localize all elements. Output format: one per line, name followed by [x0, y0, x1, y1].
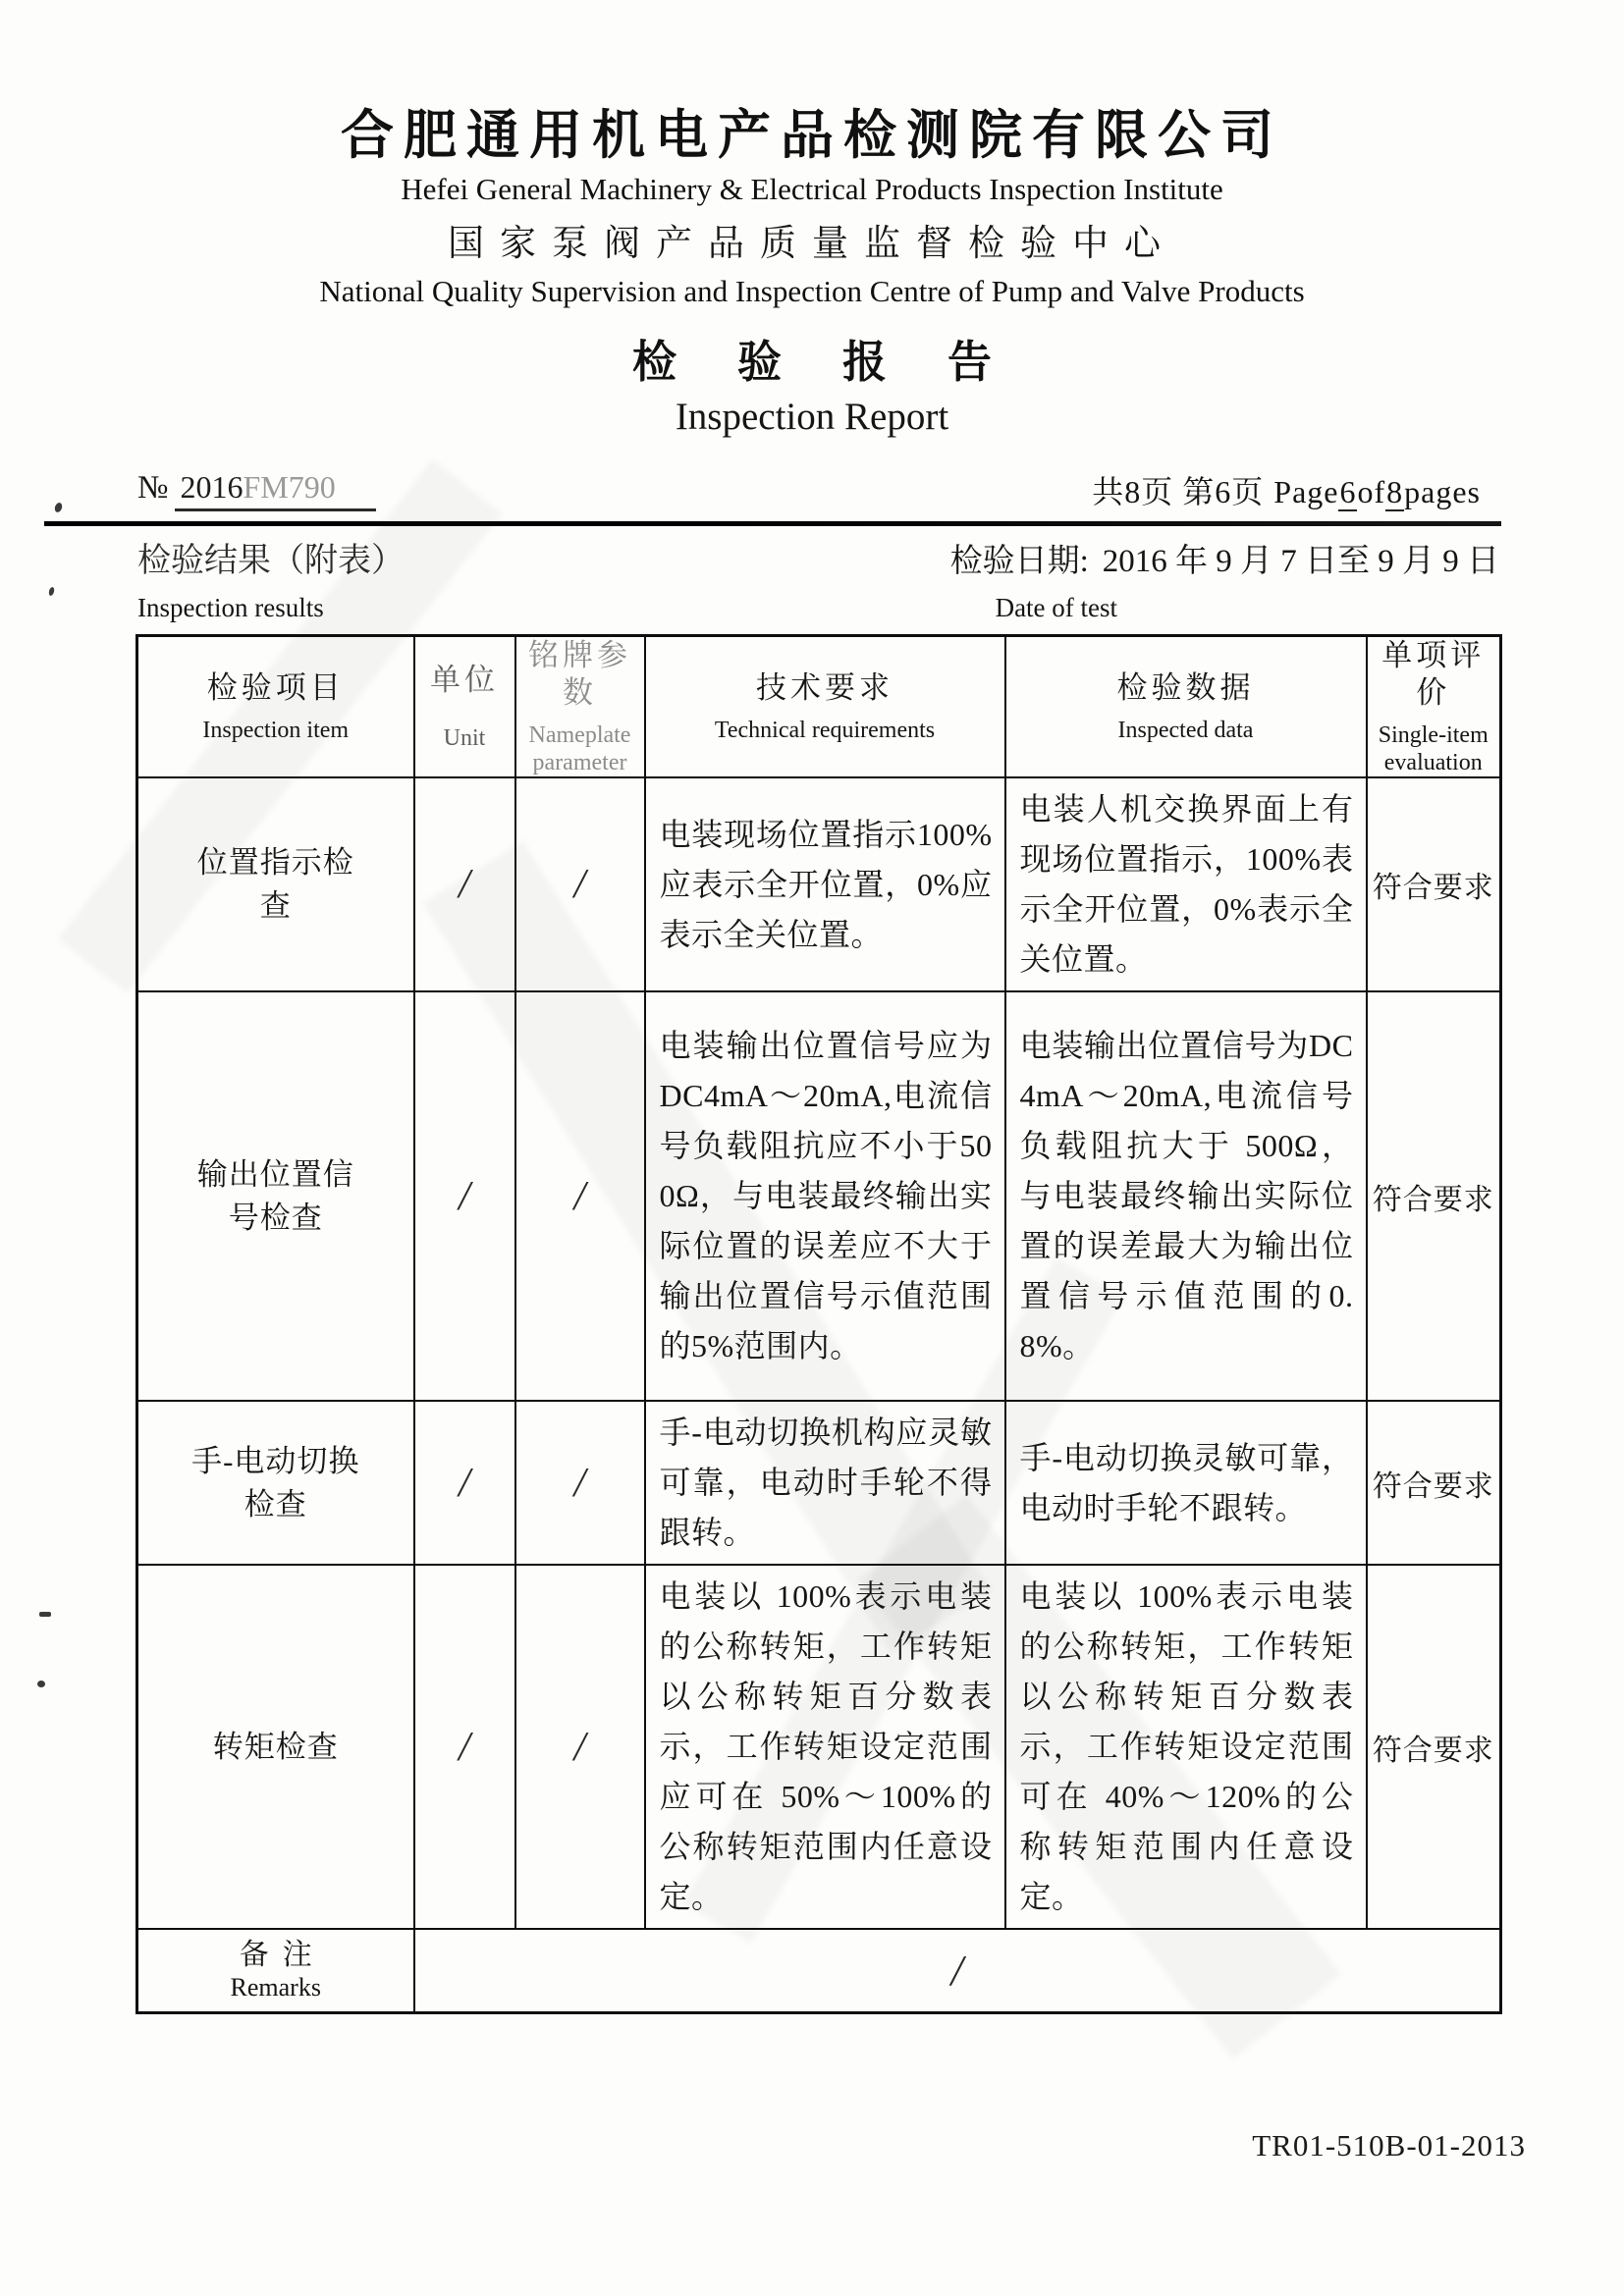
- cell-unit: /: [414, 1401, 515, 1565]
- header-inspected-data-cn: 检验数据: [1006, 669, 1366, 707]
- cell-item: 手-电动切换检查: [137, 1401, 414, 1565]
- ink-speck: [54, 502, 64, 513]
- cell-evaluation: 符合要求: [1367, 777, 1501, 991]
- table-row-output-position-signal: 输出位置信号检查 / / 电装输出位置信号应为DC4mA～20mA,电流信号负载…: [137, 991, 1501, 1401]
- page-info-en: Page6of8pages: [1273, 474, 1481, 509]
- report-title-cn: 检验报告: [0, 334, 1624, 391]
- results-section-header: 检验结果（附表） Inspection results 检验日期:2016 年 …: [137, 542, 1499, 622]
- header-requirements-en: Technical requirements: [646, 717, 1004, 744]
- cell-nameplate: /: [515, 777, 645, 991]
- date-label-cn: 检验日期:: [950, 544, 1089, 579]
- page-info: 共8页 第6页Page6of8pages: [1092, 472, 1481, 511]
- header-unit: 单位 Unit: [414, 636, 515, 778]
- table-header-row: 检验项目 Inspection item 单位 Unit 铭牌参数 Namepl…: [137, 636, 1501, 778]
- date-value: 2016 年 9 月 7 日至 9 月 9 日: [1103, 544, 1499, 579]
- remarks-label-en: Remarks: [138, 1973, 413, 2002]
- ink-speck: [48, 587, 55, 597]
- remarks-label-cn: 备注: [138, 1938, 413, 1973]
- ink-speck: [39, 1612, 51, 1617]
- cell-requirement: 电装输出位置信号应为DC4mA～20mA,电流信号负载阻抗应不小于500Ω，与电…: [645, 991, 1005, 1401]
- cell-evaluation: 符合要求: [1367, 1565, 1501, 1929]
- header-inspected-data-en: Inspected data: [1006, 717, 1366, 744]
- ink-speck: [37, 1681, 45, 1687]
- page-info-cn: 共8页 第6页: [1092, 474, 1264, 509]
- report-number-value: 2016: [181, 469, 244, 505]
- cell-requirement: 电装现场位置指示100%应表示全开位置，0%应表示全关位置。: [645, 777, 1005, 991]
- cell-item: 转矩检查: [137, 1565, 414, 1929]
- inspection-report-page: 合肥通用机电产品检测院有限公司 Hefei General Machinery …: [0, 0, 1624, 2296]
- results-label: 检验结果（附表） Inspection results: [137, 542, 405, 622]
- cell-nameplate: /: [515, 991, 645, 1401]
- cell-evaluation: 符合要求: [1367, 991, 1501, 1401]
- header-nameplate-en: Nameplate parameter: [516, 721, 644, 776]
- page-word: Page: [1273, 474, 1338, 509]
- header-nameplate-cn: 铭牌参数: [516, 637, 644, 712]
- cell-unit: /: [414, 991, 515, 1401]
- results-label-en: Inspection results: [137, 593, 405, 622]
- results-label-cn: 检验结果（附表）: [137, 542, 405, 581]
- document-header: 合肥通用机电产品检测院有限公司 Hefei General Machinery …: [0, 0, 1624, 442]
- of-word: of: [1357, 474, 1385, 509]
- header-requirements-cn: 技术要求: [646, 669, 1004, 707]
- cell-item: 输出位置信号检查: [137, 991, 414, 1401]
- cell-inspected-data: 手-电动切换灵敏可靠，电动时手轮不跟转。: [1005, 1401, 1367, 1565]
- header-unit-en: Unit: [415, 724, 514, 752]
- no-symbol: №: [137, 470, 169, 506]
- remarks-value: /: [414, 1929, 1501, 2012]
- header-inspection-item: 检验项目 Inspection item: [137, 636, 414, 778]
- cell-unit: /: [414, 1565, 515, 1929]
- header-inspected-data: 检验数据 Inspected data: [1005, 636, 1367, 778]
- cell-requirement: 电装以 100%表示电装的公称转矩，工作转矩以公称转矩百分数表示，工作转矩设定范…: [645, 1565, 1005, 1929]
- cell-inspected-data: 电装以 100%表示电装的公称转矩，工作转矩以公称转矩百分数表示，工作转矩设定范…: [1005, 1565, 1367, 1929]
- header-unit-cn: 单位: [415, 662, 514, 699]
- centre-name-en: National Quality Supervision and Inspect…: [0, 271, 1624, 312]
- table-row-torque-check: 转矩检查 / / 电装以 100%表示电装的公称转矩，工作转矩以公称转矩百分数表…: [137, 1565, 1501, 1929]
- header-nameplate-parameter: 铭牌参数 Nameplate parameter: [515, 636, 645, 778]
- page-current: 6: [1338, 474, 1357, 511]
- page-total: 8: [1385, 474, 1404, 511]
- pages-word: pages: [1404, 474, 1481, 509]
- org-name-en: Hefei General Machinery & Electrical Pro…: [0, 169, 1624, 210]
- table-row-position-indication: 位置指示检查 / / 电装现场位置指示100%应表示全开位置，0%应表示全关位置…: [137, 777, 1501, 991]
- header-technical-requirements: 技术要求 Technical requirements: [645, 636, 1005, 778]
- remarks-label: 备注 Remarks: [137, 1929, 414, 2012]
- table-row-manual-electric-switch: 手-电动切换检查 / / 手-电动切换机构应灵敏可靠，电动时手轮不得跟转。 手-…: [137, 1401, 1501, 1565]
- report-number: №2016FM790: [137, 467, 376, 511]
- inspection-results-table: 检验项目 Inspection item 单位 Unit 铭牌参数 Namepl…: [135, 634, 1502, 2014]
- date-label-en: Date of test: [996, 593, 1499, 622]
- cell-unit: /: [414, 777, 515, 991]
- header-evaluation-cn: 单项评价: [1368, 637, 1500, 712]
- cell-evaluation: 符合要求: [1367, 1401, 1501, 1565]
- report-title-en: Inspection Report: [0, 393, 1624, 442]
- header-inspection-item-en: Inspection item: [138, 717, 413, 744]
- header-inspection-item-cn: 检验项目: [138, 669, 413, 707]
- header-single-item-evaluation: 单项评价 Single-item evaluation: [1367, 636, 1501, 778]
- meta-row: №2016FM790 共8页 第6页Page6of8pages: [137, 467, 1481, 511]
- cell-inspected-data: 电装人机交换界面上有现场位置指示，100%表示全开位置，0%表示全关位置。: [1005, 777, 1367, 991]
- report-number-suffix: FM790: [244, 469, 336, 505]
- cell-nameplate: /: [515, 1565, 645, 1929]
- cell-item: 位置指示检查: [137, 777, 414, 991]
- cell-inspected-data: 电装输出位置信号为DC4mA～20mA,电流信号负载阻抗大于 500Ω，与电装最…: [1005, 991, 1367, 1401]
- cell-requirement: 手-电动切换机构应灵敏可靠，电动时手轮不得跟转。: [645, 1401, 1005, 1565]
- centre-name-cn: 国家泵阀产品质量监督检验中心: [0, 220, 1624, 269]
- org-name-cn: 合肥通用机电产品检测院有限公司: [0, 106, 1624, 165]
- table-row-remarks: 备注 Remarks /: [137, 1929, 1501, 2012]
- cell-nameplate: /: [515, 1401, 645, 1565]
- document-form-code: TR01-510B-01-2013: [1252, 2128, 1526, 2163]
- test-date: 检验日期:2016 年 9 月 7 日至 9 月 9 日 Date of tes…: [950, 542, 1499, 622]
- header-evaluation-en: Single-item evaluation: [1368, 721, 1500, 776]
- horizontal-rule: [44, 521, 1501, 526]
